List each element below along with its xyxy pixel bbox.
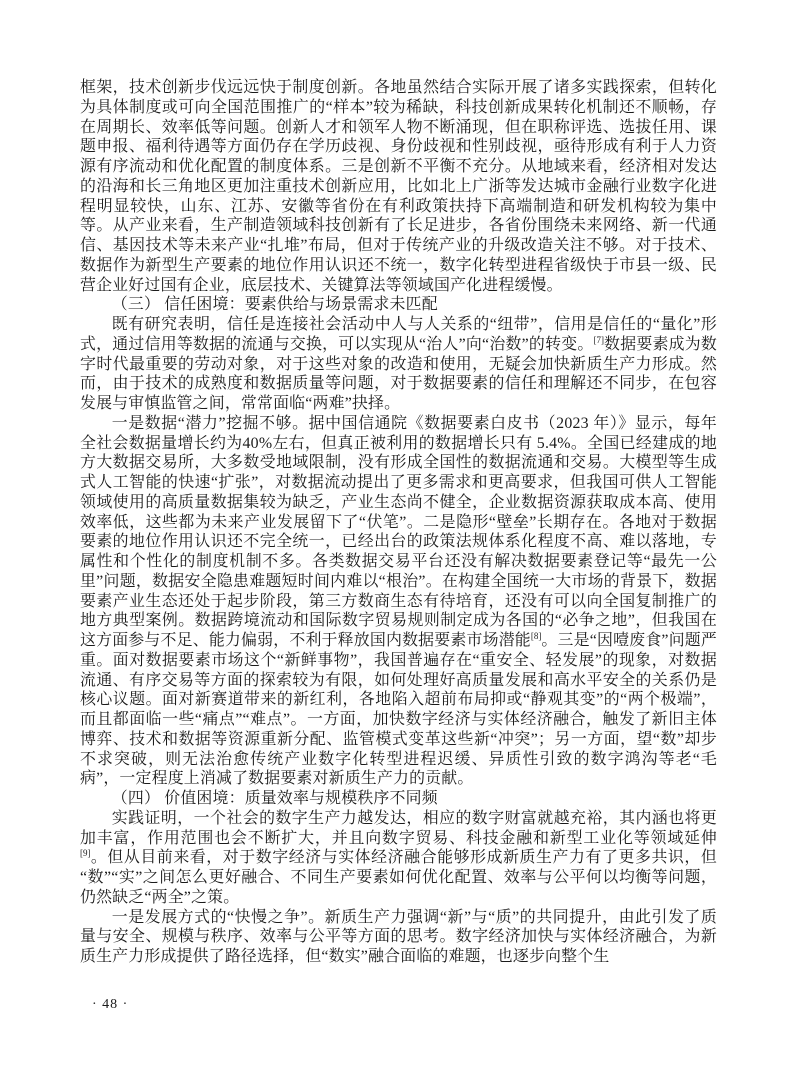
paragraph-trust-intro: 既有研究表明，信任是连接社会活动中人与人关系的“纽带”，信用是信任的“量化”形式… xyxy=(80,315,717,414)
page-body-text: 框架，技术创新步伐远远快于制度创新。各地虽然结合实际开展了诸多实践探索，但转化为… xyxy=(80,78,717,967)
paragraph-text: 一是数据“潜力”挖掘不够。据中国信通院《数据要素白皮书（2023 年）》显示，每… xyxy=(80,415,717,649)
paragraph-text: 。但从目前来看，对于数字经济与实体经济融合能够形成新质生产力有了更多共识，但“数… xyxy=(80,849,717,906)
paragraph-data-dilemma: 一是数据“潜力”挖掘不够。据中国信通院《数据要素白皮书（2023 年）》显示，每… xyxy=(80,414,717,789)
paragraph-text: 。三是“因噎废食”问题严重。面对数据要素市场这个“新鲜事物”，我国普遍存在“重安… xyxy=(80,632,717,787)
paragraph-innovation-continued: 框架，技术创新步伐远远快于制度创新。各地虽然结合实际开展了诸多实践探索，但转化为… xyxy=(80,78,717,295)
page-number: · 48 · xyxy=(92,997,128,1013)
footnote-ref-7: [7] xyxy=(594,335,605,345)
paragraph-text: 实践证明，一个社会的数字生产力越发达，相应的数字财富就越充裕，其内涵也将更加丰富… xyxy=(80,810,717,847)
footnote-ref-9: [9] xyxy=(80,848,91,858)
section-heading-value-dilemma: （四） 价值困境：质量效率与规模秩序不同频 xyxy=(80,789,717,809)
paragraph-speed-debate: 一是发展方式的“快慢之争”。新质生产力强调“新”与“质”的共同提升，由此引发了质… xyxy=(80,908,717,967)
paragraph-value-intro: 实践证明，一个社会的数字生产力越发达，相应的数字财富就越充裕，其内涵也将更加丰富… xyxy=(80,809,717,908)
document-page: 框架，技术创新步伐远远快于制度创新。各地虽然结合实际开展了诸多实践探索，但转化为… xyxy=(0,0,793,1077)
footnote-ref-8: [8] xyxy=(531,631,542,641)
section-heading-trust-dilemma: （三） 信任困境：要素供给与场景需求未匹配 xyxy=(80,295,717,315)
